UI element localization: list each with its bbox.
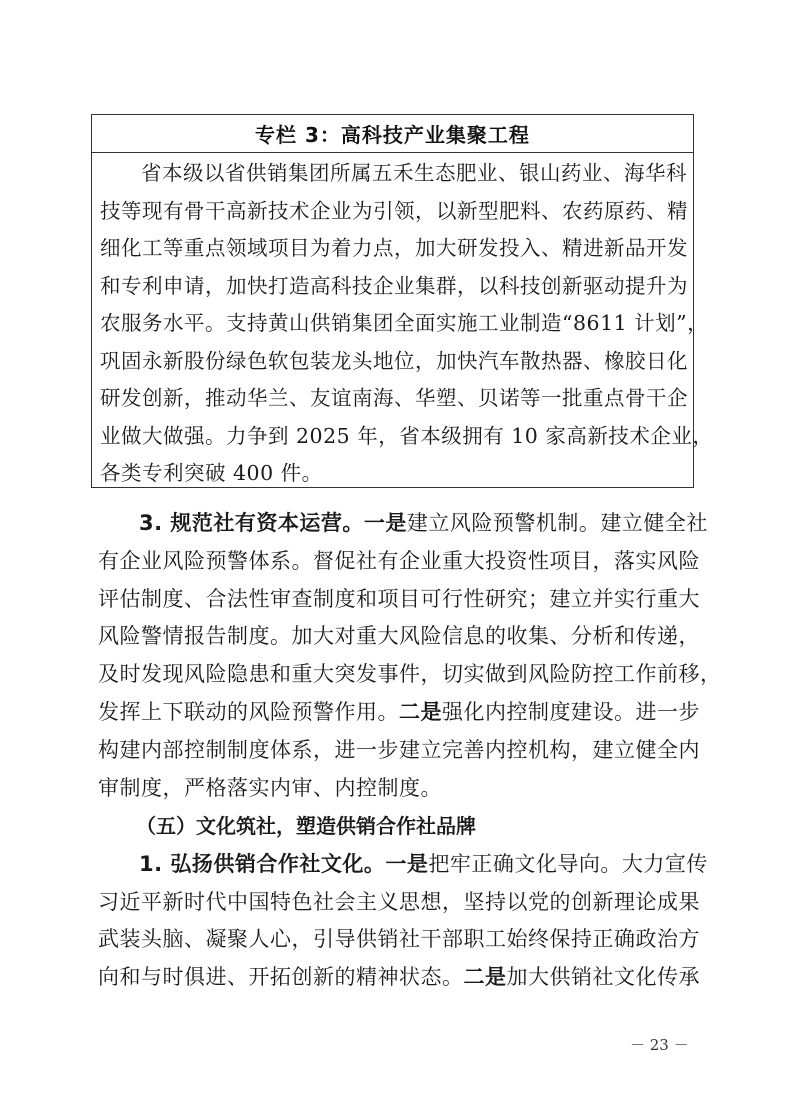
paragraph-line: 3. 规范社有资本运营。一是建立风险预警机制。建立健全社 [98, 505, 693, 543]
paragraph-line: 及时发现风险隐患和重大突发事件，切实做到风险防控工作前移， [98, 656, 693, 694]
column-box: 专栏 3：高科技产业集聚工程 省本级以省供销集团所属五禾生态肥业、银山药业、海华… [91, 114, 694, 488]
column-box-line: 农服务水平。支持黄山供销集团全面实施工业制造“8611 计划”， [100, 305, 685, 343]
document-page: 专栏 3：高科技产业集聚工程 省本级以省供销集团所属五禾生态肥业、银山药业、海华… [0, 0, 790, 1118]
column-box-line: 细化工等重点领域项目为着力点，加大研发投入、精进新品开发 [100, 230, 685, 268]
column-box-line: 省本级以省供销集团所属五禾生态肥业、银山药业、海华科 [100, 155, 685, 193]
paragraph-line: 有企业风险预警体系。督促社有企业重大投资性项目，落实风险 [98, 543, 693, 581]
paragraph-line: 风险警情报告制度。加大对重大风险信息的收集、分析和传递， [98, 618, 693, 656]
paragraph-text: 发挥上下联动的风险预警作用。 [98, 700, 399, 724]
paragraph-line: 向和与时俱进、开拓创新的精神状态。二是加大供销社文化传承 [98, 959, 693, 997]
column-box-title: 专栏 3：高科技产业集聚工程 [92, 115, 693, 153]
column-box-line: 各类专利突破 400 件。 [100, 455, 685, 493]
paragraph-line: 武装头脑、凝聚人心，引导供销社干部职工始终保持正确政治方 [98, 921, 693, 959]
column-box-line: 技等现有骨干高新技术企业为引领，以新型肥料、农药原药、精 [100, 193, 685, 231]
page-number: － 23 － [630, 1034, 689, 1055]
bold-marker: 二是 [464, 965, 507, 989]
paragraph-text: 向和与时俱进、开拓创新的精神状态。 [98, 965, 464, 989]
column-box-line: 巩固永新股份绿色软包装龙头地位，加快汽车散热器、橡胶日化 [100, 343, 685, 381]
section-3-bold-lead: 3. 规范社有资本运营。一是 [139, 511, 407, 535]
section-5-heading: （五）文化筑社，塑造供销合作社品牌 [98, 808, 693, 846]
column-box-line: 和专利申请，加快打造高科技企业集群，以科技创新驱动提升为 [100, 268, 685, 306]
paragraph-text: 加大供销社文化传承 [507, 965, 701, 989]
column-box-line: 研发创新，推动华兰、友谊南海、华塑、贝诺等一批重点骨干企 [100, 380, 685, 418]
paragraph-text: 把牢正确文化导向。大力宣传 [428, 852, 708, 876]
bold-marker: 二是 [399, 700, 442, 724]
column-box-body: 省本级以省供销集团所属五禾生态肥业、银山药业、海华科 技等现有骨干高新技术企业为… [92, 153, 693, 493]
paragraph-line: 发挥上下联动的风险预警作用。二是强化内控制度建设。进一步 [98, 694, 693, 732]
column-box-line: 业做大做强。力争到 2025 年，省本级拥有 10 家高新技术企业， [100, 418, 685, 456]
section-5-bold-lead: 1. 弘扬供销合作社文化。一是 [139, 852, 428, 876]
paragraph-line: 习近平新时代中国特色社会主义思想，坚持以党的创新理论成果 [98, 884, 693, 922]
paragraph-line: 构建内部控制制度体系，进一步建立完善内控机构，建立健全内 [98, 732, 693, 770]
section-5: （五）文化筑社，塑造供销合作社品牌 1. 弘扬供销合作社文化。一是把牢正确文化导… [98, 808, 693, 997]
paragraph-text: 建立风险预警机制。建立健全社 [407, 511, 708, 535]
paragraph-text: 强化内控制度建设。进一步 [442, 700, 700, 724]
paragraph-line: 1. 弘扬供销合作社文化。一是把牢正确文化导向。大力宣传 [98, 846, 693, 884]
section-3-paragraph: 3. 规范社有资本运营。一是建立风险预警机制。建立健全社 有企业风险预警体系。督… [98, 505, 693, 807]
paragraph-line: 审制度，严格落实内审、内控制度。 [98, 770, 693, 808]
paragraph-line: 评估制度、合法性审查制度和项目可行性研究；建立并实行重大 [98, 581, 693, 619]
